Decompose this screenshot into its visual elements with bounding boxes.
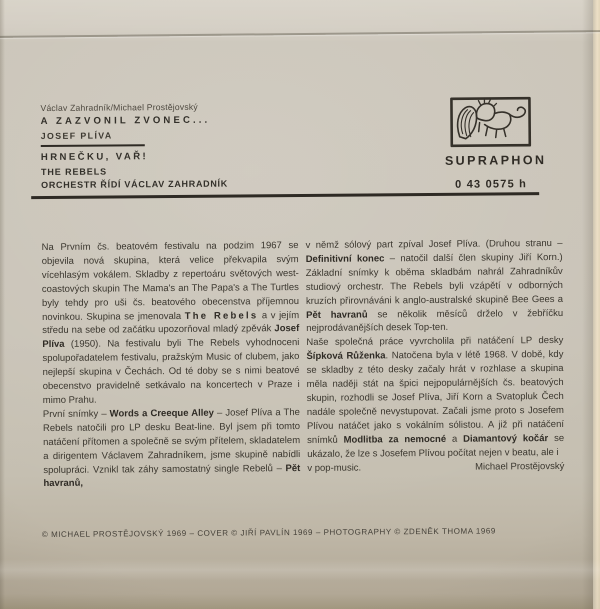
short-divider-rule bbox=[41, 144, 145, 147]
sleeve-printed-surface: Václav Zahradník/Michael Prostějovský A … bbox=[0, 0, 600, 609]
signature-line: v pop-music. Michael Prostějovský bbox=[307, 459, 564, 475]
paragraph: v němž sólový part zpíval Josef Plíva. (… bbox=[306, 237, 564, 336]
liner-notes-left-column: Na Prvním čs. beatovém festivalu na podz… bbox=[42, 239, 301, 491]
long-divider-rule bbox=[31, 192, 539, 199]
orchestra-credit: ORCHESTR ŘÍDÍ VÁCLAV ZAHRADNÍK bbox=[41, 179, 228, 190]
copyright-line: © MICHAEL PROSTĚJOVSKÝ 1969 – COVER © JI… bbox=[42, 526, 496, 539]
liner-notes-right-paragraphs: v němž sólový part zpíval Josef Plíva. (… bbox=[306, 237, 565, 462]
side2-artist: THE REBELS bbox=[41, 165, 228, 176]
paragraph: První snímky – Words a Creeque Alley – J… bbox=[43, 406, 301, 491]
author-signature: Michael Prostějovský bbox=[475, 459, 564, 474]
catalog-number: 0 43 0575 h bbox=[445, 178, 537, 191]
label-name: SUPRAPHON bbox=[445, 153, 537, 168]
paragraph: Naše společná práce vyvrcholila při natá… bbox=[306, 334, 564, 461]
record-label-block: SUPRAPHON 0 43 0575 h bbox=[444, 96, 537, 191]
closing-words: v pop-music. bbox=[307, 461, 361, 475]
record-sleeve-back-photo: Václav Zahradník/Michael Prostějovský A … bbox=[0, 0, 600, 609]
composer-credit: Václav Zahradník/Michael Prostějovský bbox=[40, 102, 227, 113]
side1-title: A ZAZVONIL ZVONEC... bbox=[41, 115, 228, 127]
paragraph: Na Prvním čs. beatovém festivalu na podz… bbox=[42, 239, 300, 408]
supraphon-lion-with-lyre-icon bbox=[449, 96, 531, 148]
title-header-block: Václav Zahradník/Michael Prostějovský A … bbox=[40, 102, 228, 191]
side1-artist: JOSEF PLÍVA bbox=[41, 129, 228, 140]
liner-notes-right-column: v němž sólový part zpíval Josef Plíva. (… bbox=[306, 237, 565, 489]
liner-notes: Na Prvním čs. beatovém festivalu na podz… bbox=[42, 237, 565, 491]
side2-title: HRNEČKU, VAŘ! bbox=[41, 151, 228, 163]
